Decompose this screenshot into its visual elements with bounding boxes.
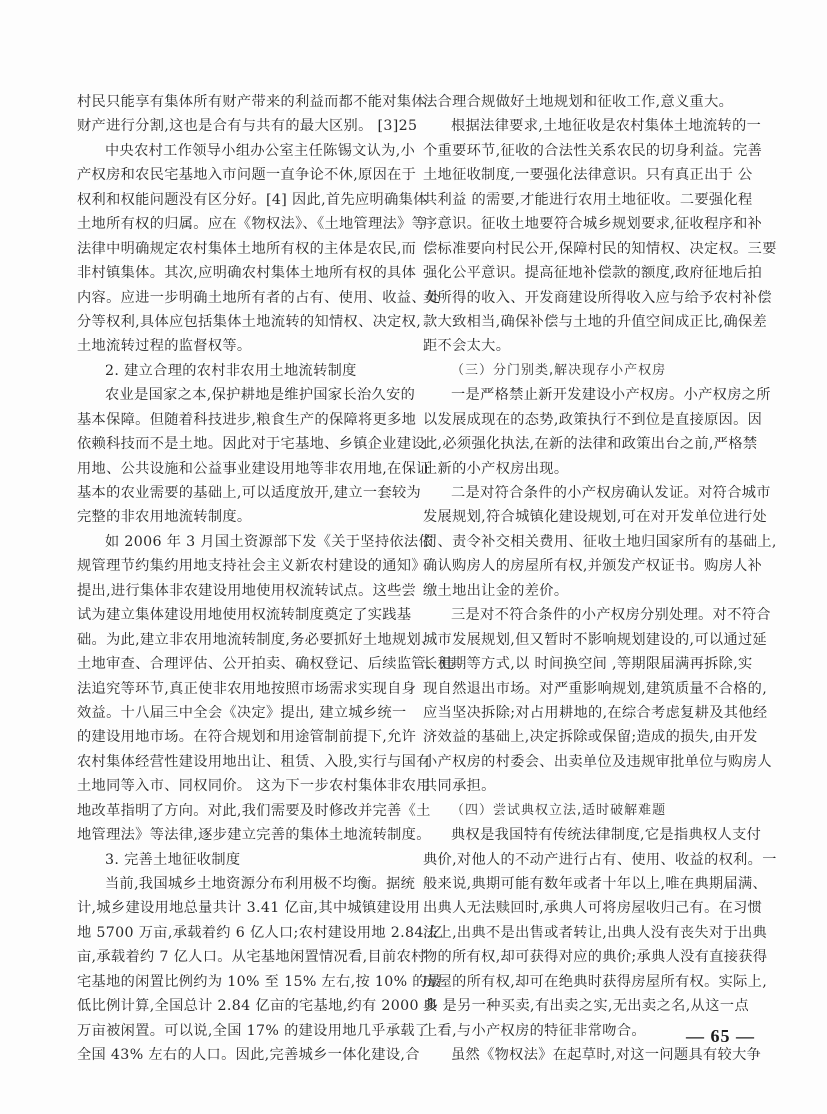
text-line: 础。为此,建立非农用地流转制度,务必要抓好土地规划、 [77, 628, 403, 652]
text-line: 农业是国家之本,保护耕地是维护国家长治久安的 [77, 383, 403, 407]
text-line: 法追究等环节,真正使非农用地按照市场需求实现自身 [77, 677, 403, 701]
text-line: 当前,我国城乡土地资源分布利用极不均衡。据统 [77, 872, 403, 896]
text-line: 土地征收制度,一要强化法律意识。只有真正出于 公 [423, 163, 749, 187]
text-line: 发展规划,符合城镇化建设规划,可在对开发单位进行处 [423, 505, 749, 529]
text-line: 全国 43% 左右的人口。因此,完善城乡一体化建设,合 [77, 1043, 403, 1067]
text-line: 款大致相当,确保补偿与土地的升值空间成正比,确保差 [423, 310, 749, 334]
text-line: 物的所有权,却可获得对应的典价;承典人没有直接获得 [423, 945, 749, 969]
text-line: 出典人无法赎回时,承典人可将房屋收归己有。在习惯 [423, 896, 749, 920]
text-line: 缴土地出让金的差价。 [423, 579, 749, 603]
text-line: 典价,对他人的不动产进行占有、使用、收益的权利。一 [423, 848, 749, 872]
left-column: 村民只能享有集体所有财产带来的利益而都不能对集体财产进行分割,这也是合有与共有的… [77, 90, 403, 1068]
text-line: 基本保障。但随着科技进步,粮食生产的保障将更多地 [77, 408, 403, 432]
text-line: 此,必须强化执法,在新的法律和政策出台之前,严格禁 [423, 432, 749, 456]
text-line: 效益。十八届三中全会《决定》提出, 建立城乡统一 [77, 701, 403, 725]
text-line: 地 5700 万亩,承载着约 6 亿人口;农村建设用地 2.84 亿 [77, 921, 403, 945]
text-line: 典 是另一种买卖,有出卖之实,无出卖之名,从这一点 [423, 994, 749, 1018]
text-line: 确认购房人的房屋所有权,并颁发产权证书。购房人补 [423, 554, 749, 578]
text-line: 3. 完善土地征收制度 [77, 848, 403, 872]
text-line: 提出,进行集体非农建设用地使用权流转试点。这些尝 [77, 579, 403, 603]
text-line: 的建设用地市场。在符合规划和用途管制前提下,允许 [77, 725, 403, 749]
text-line: 距不会太大。 [423, 334, 749, 358]
right-column: 法合理合规做好土地规划和征收工作,意义重大。根据法律要求,土地征收是农村集体土地… [423, 90, 749, 1068]
text-line: 房屋的所有权,却可在绝典时获得房屋所有权。实际上, [423, 970, 749, 994]
text-line: 法律中明确规定农村集体土地所有权的主体是农民,而 [77, 237, 403, 261]
text-line: 试为建立集体建设用地使用权流转制度奠定了实践基 [77, 603, 403, 627]
text-line: 以发展成现在的态势,政策执行不到位是直接原因。因 [423, 408, 749, 432]
text-line: 典权是我国特有传统法律制度,它是指典权人支付 [423, 823, 749, 847]
text-line: 低比例计算,全国总计 2.84 亿亩的宅基地,约有 2000 多 [77, 994, 403, 1018]
text-line: 亩,承载着约 7 亿人口。从宅基地闲置情况看,目前农村 [77, 945, 403, 969]
text-line: 个重要环节,征收的合法性关系农民的切身利益。完善 [423, 139, 749, 163]
document-page: 村民只能享有集体所有财产带来的利益而都不能对集体财产进行分割,这也是合有与共有的… [0, 0, 827, 1114]
text-line: 法上,出典不是出售或者转让,出典人没有丧失对于出典 [423, 921, 749, 945]
text-line: 卖所得的收入、开发商建设所得收入应与给予农村补偿 [423, 286, 749, 310]
text-line: 三是对不符合条件的小产权房分别处理。对不符合 [423, 603, 749, 627]
text-line: 非村镇集体。其次,应明确农村集体土地所有权的具体 [77, 261, 403, 285]
text-line: 强化公平意识。提高征地补偿款的额度,政府征地后拍 [423, 261, 749, 285]
text-line: 应当坚决拆除;对占用耕地的,在综合考虑复耕及其他经 [423, 701, 749, 725]
text-line: 权利和权能问题没有区分好。[4] 因此,首先应明确集体 [77, 188, 403, 212]
text-line: 罚、责令补交相关费用、征收土地归国家所有的基础上, [423, 530, 749, 554]
text-line: 二是对符合条件的小产权房确认发证。对符合城市 [423, 481, 749, 505]
section-heading: （三）分门别类,解决现存小产权房 [423, 359, 749, 383]
text-line: 完整的非农用地流转制度。 [77, 505, 403, 529]
text-line: 财产进行分割,这也是合有与共有的最大区别。 [3]25 [77, 114, 403, 138]
text-line: 中央农村工作领导小组办公室主任陈锡文认为,小 [77, 139, 403, 163]
text-line: 小产权房的村委会、出卖单位及违规审批单位与购房人 [423, 750, 749, 774]
text-line: 偿标准要向村民公开,保障村民的知情权、决定权。三要 [423, 237, 749, 261]
text-line: 现自然退出市场。对严重影响规划,建筑质量不合格的, [423, 677, 749, 701]
text-line: 2. 建立合理的农村非农用土地流转制度 [77, 359, 403, 383]
text-line: 农村集体经营性建设用地出让、租赁、入股,实行与国有 [77, 750, 403, 774]
text-line: 地改革指明了方向。对此,我们需要及时修改并完善《土 [77, 799, 403, 823]
text-line: 万亩被闲置。可以说,全国 17% 的建设用地几乎承载了 [77, 1019, 403, 1043]
text-line: 共利益 的需要,才能进行农用土地征收。二要强化程 [423, 188, 749, 212]
text-line: 城市发展规划,但又暂时不影响规划建设的,可以通过延 [423, 628, 749, 652]
text-line: 计,城乡建设用地总量共计 3.41 亿亩,其中城镇建设用 [77, 896, 403, 920]
text-line: 用地、公共设施和公益事业建设用地等非农用地,在保证 [77, 457, 403, 481]
text-line: 止新的小产权房出现。 [423, 457, 749, 481]
text-line: 内容。应进一步明确土地所有者的占有、使用、收益、处 [77, 286, 403, 310]
text-line: 序意识。征收土地要符合城乡规划要求,征收程序和补 [423, 212, 749, 236]
text-line: 般来说,典期可能有数年或者十年以上,唯在典期届满、 [423, 872, 749, 896]
text-line: 规管理节约集约用地支持社会主义新农村建设的通知》 [77, 554, 403, 578]
text-line: 长租期等方式,以 时间换空间 ,等期限届满再拆除,实 [423, 652, 749, 676]
text-line: 地管理法》等法律,逐步建立完善的集体土地流转制度。 [77, 823, 403, 847]
text-line: 土地审查、合理评估、公开拍卖、确权登记、后续监管、违 [77, 652, 403, 676]
text-line: 宅基地的闲置比例约为 10% 至 15% 左右,按 10% 的最 [77, 970, 403, 994]
text-line: 土地流转过程的监督权等。 [77, 334, 403, 358]
text-line: 土地同等入市、同权同价。 这为下一步农村集体非农用 [77, 774, 403, 798]
section-heading: （四）尝试典权立法,适时破解难题 [423, 799, 749, 823]
text-line: 产权房和农民宅基地入市问题一直争论不休,原因在于 [77, 163, 403, 187]
text-line: 土地所有权的归属。应在《物权法》、《土地管理法》等 [77, 212, 403, 236]
text-line: 基本的农业需要的基础上,可以适度放开,建立一套较为 [77, 481, 403, 505]
text-line: 如 2006 年 3 月国土资源部下发《关于坚持依法依 [77, 530, 403, 554]
text-line: 村民只能享有集体所有财产带来的利益而都不能对集体 [77, 90, 403, 114]
text-line: 法合理合规做好土地规划和征收工作,意义重大。 [423, 90, 749, 114]
text-line: 济效益的基础上,决定拆除或保留;造成的损失,由开发 [423, 725, 749, 749]
text-line: 依赖科技而不是土地。因此对于宅基地、乡镇企业建设 [77, 432, 403, 456]
text-line: 共同承担。 [423, 774, 749, 798]
text-line: 根据法律要求,土地征收是农村集体土地流转的一 [423, 114, 749, 138]
text-line: 一是严格禁止新开发建设小产权房。小产权房之所 [423, 383, 749, 407]
page-number: — 65 — [686, 1026, 755, 1047]
text-line: 分等权利,具体应包括集体土地流转的知情权、决定权, [77, 310, 403, 334]
